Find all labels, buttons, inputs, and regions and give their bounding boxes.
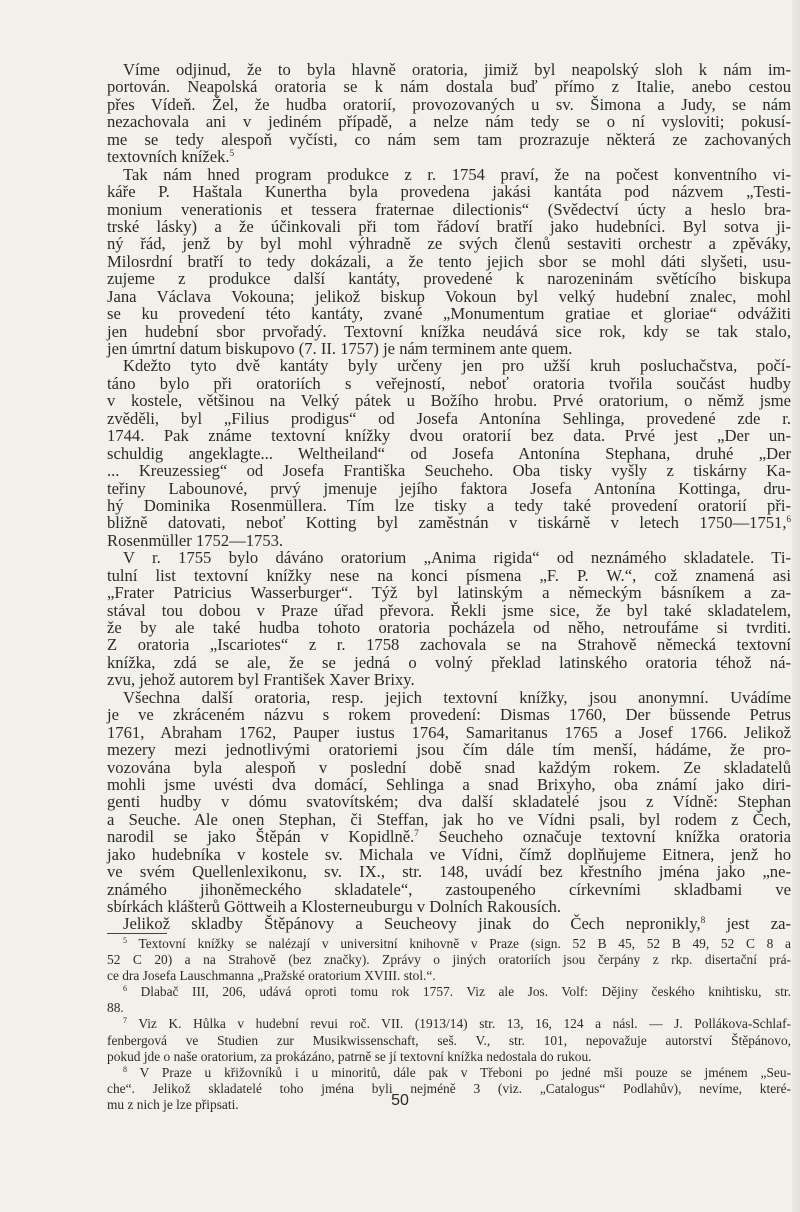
body-line: Tak nám hned program produkce z r. 1754 … (107, 166, 791, 183)
footnote-line: 6 Dlabač III, 206, udává oproti tomu rok… (107, 984, 791, 1000)
body-line: a Seuche. Ale onen Stephan, či Steffan, … (107, 811, 791, 828)
body-line: zujeme z produkce další kantáty, provede… (107, 270, 791, 287)
footnote-ref: 5 (230, 148, 235, 158)
body-line: V r. 1755 bylo dáváno oratorium „Anima r… (107, 549, 791, 566)
body-line: zvu, jehož autorem byl František Xaver B… (107, 671, 791, 688)
body-line: je ve zkráceném názvu s rokem provedení:… (107, 706, 791, 723)
footnote-separator (107, 933, 167, 934)
body-line: že by ale také hudba tohoto oratoria poc… (107, 619, 791, 636)
body-line: schuldig angeklagte... Weltheiland“ od J… (107, 445, 791, 462)
body-line: teřiny Labounové, prvý jmenuje jejího fa… (107, 480, 791, 497)
body-line: jako hudebníka v kostele sv. Michala ve … (107, 846, 791, 863)
footnote-line: fenbergová ve Studien zur Musikwissensch… (107, 1033, 791, 1049)
body-line: tulní list textovní knížky nese na konci… (107, 567, 791, 584)
body-line: Jana Václava Vokouna; jelikož biskup Vok… (107, 288, 791, 305)
body-line: jen úmrtní datum biskupovo (7. II. 1757)… (107, 340, 791, 357)
body-line: monium venerationis et tessera fraternae… (107, 201, 791, 218)
body-line: textovních knížek.5 (107, 148, 791, 165)
footnote-line: 5 Textovní knížky se nalézají v universi… (107, 936, 791, 952)
body-line: 1761, Abraham 1762, Pauper iustus 1764, … (107, 724, 791, 741)
footnotes: 5 Textovní knížky se nalézají v universi… (107, 936, 791, 1113)
body-line: nezachovala ani v jediném případě, a nel… (107, 113, 791, 130)
body-line: Všechna další oratoria, resp. jejich tex… (107, 689, 791, 706)
footnote-line: ce dra Josefa Lauschmanna „Pražské orato… (107, 968, 791, 984)
body-line: knížka, zdá se ale, že se jedná o volný … (107, 654, 791, 671)
body-text: Víme odjinud, že to byla hlavně oratoria… (107, 61, 791, 933)
body-line: Milosrdní bratří to tedy dokázali, a že … (107, 253, 791, 270)
body-line: v kostele, většinou na Velký pátek u Bož… (107, 392, 791, 409)
body-line: jen hudební sbor prvořadý. Textovní kníž… (107, 323, 791, 340)
body-line: ve svém Quellenlexikonu, sv. IX., str. 1… (107, 863, 791, 880)
page-number: 50 (0, 1092, 800, 1110)
body-line: bližně datovati, neboť Kotting byl zaměs… (107, 514, 791, 531)
page-edge (792, 0, 800, 1212)
body-line: mezery mezi jednotlivými oratoriemi jsou… (107, 741, 791, 758)
body-line: hý Dominika Rosenmüllera. Tím lze tisky … (107, 497, 791, 514)
body-line: ný řád, jenž by byl mohl výhradně ze svý… (107, 235, 791, 252)
body-line: Kdežto tyto dvě kantáty byly určeny jen … (107, 357, 791, 374)
body-line: vozována byla alespoň v poslední době sn… (107, 759, 791, 776)
body-line: mohli jsme uvésti dva domácí, Sehlinga a… (107, 776, 791, 793)
body-line: trské lásky) a že účinkovali při tom řád… (107, 218, 791, 235)
body-line: genti hudby v dómu svatovítském; dva dal… (107, 793, 791, 810)
body-line: 1744. Pak známe textovní knížky dvou ora… (107, 427, 791, 444)
footnote-line: 52 C 20) a na Strahově (bez značky). Zpr… (107, 952, 791, 968)
footnote-line: pokud jde o naše oratorium, za prokázáno… (107, 1049, 791, 1065)
body-line: me se tedy alespoň vyčísti, co nám sem t… (107, 131, 791, 148)
body-line: se ku provedení této kantáty, zvané „Mon… (107, 305, 791, 322)
body-line: přes Vídeň. Žel, že hudba oratorií, prov… (107, 96, 791, 113)
body-line: narodil se jako Štěpán v Kopidlně.7 Seuc… (107, 828, 791, 845)
body-line: táno bylo při oratoriích s veřejností, n… (107, 375, 791, 392)
footnote-line: 7 Viz K. Hůlka v hudební revui roč. VII.… (107, 1016, 791, 1032)
body-line: Víme odjinud, že to byla hlavně oratoria… (107, 61, 791, 78)
footnote-ref: 6 (787, 514, 792, 524)
body-line: známého jihoněmeckého skladatele“, zasto… (107, 881, 791, 898)
footnote-line: 8 V Praze u křižovníků i u minoritů, dál… (107, 1065, 791, 1081)
body-line: káře P. Haštala Kunertha byla provedena … (107, 183, 791, 200)
body-line: ... Kreuzessieg“ od Josefa Františka Seu… (107, 462, 791, 479)
body-line: Jelikož skladby Štěpánovy a Seucheovy ji… (107, 915, 791, 932)
footnote-line: 88. (107, 1000, 791, 1016)
body-line: sbírkách klášterů Göttweih a Klosterneub… (107, 898, 791, 915)
body-line: stával tou dobou v Praze úřad převora. Ř… (107, 602, 791, 619)
body-line: zvěděli, byl „Filius prodigus“ od Josefa… (107, 410, 791, 427)
body-line: Rosenmüller 1752—1753. (107, 532, 791, 549)
body-line: „Frater Patricius Wasserburger“. Týž byl… (107, 584, 791, 601)
body-line: portován. Neapolská oratoria se k nám do… (107, 78, 791, 95)
body-line: Z oratoria „Iscariotes“ z r. 1758 zachov… (107, 636, 791, 653)
